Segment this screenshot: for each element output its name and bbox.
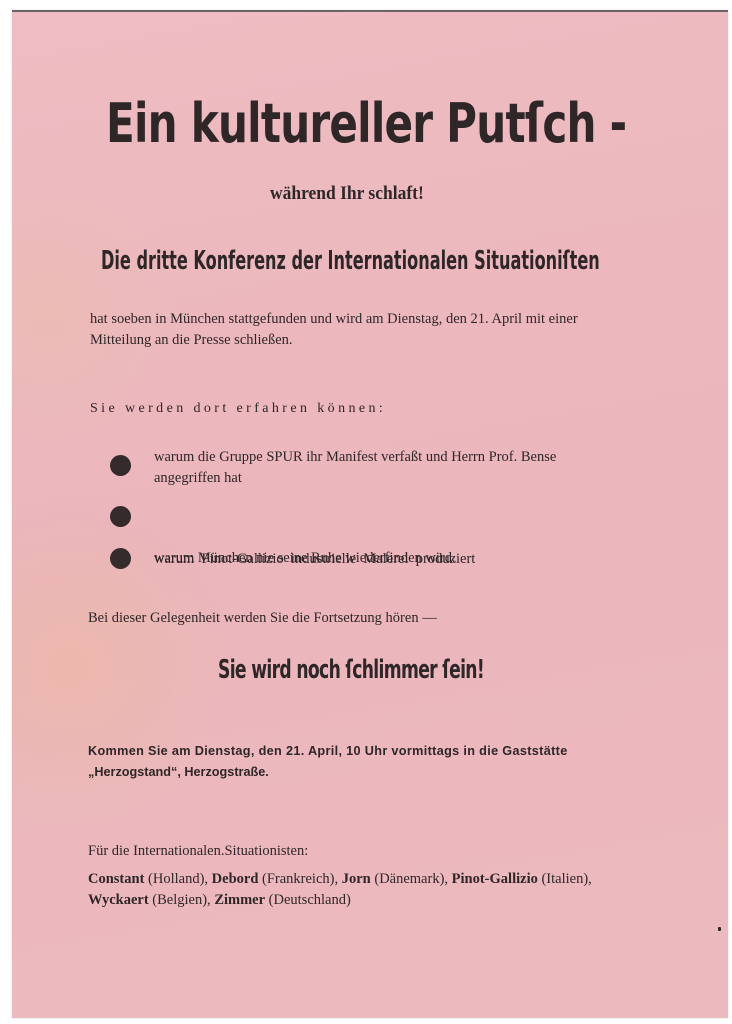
list-item: warum die Gruppe SPUR ihr Manifest verfa… [154,447,556,489]
signatories-line-2: Wyckaert (Belgien), Zimmer (Deutschland) [88,890,592,911]
bullet-icon [110,506,131,527]
warning-heading: Sie wird noch ſchlimmer ſein! [218,655,484,685]
list-item-line-2: angegriffen hat [154,468,556,489]
signatory-country: (Deutschland) [269,892,351,908]
signatory-country: (Belgien), [152,892,210,908]
list-item: warum München nie seine Ruhe wiederfinde… [154,548,456,569]
signatory-name: Pinot-Gallizio [452,871,538,887]
signatory-name: Wyckaert [88,892,149,908]
signatory-country: (Italien), [541,871,591,887]
signatory-name: Zimmer [214,892,265,908]
invitation-line-2: „Herzogstand“, Herzogstraße. [88,761,568,782]
intro-line-1: hat soeben in München stattgefunden und … [90,309,578,330]
signatory-name: Debord [212,871,259,887]
signatory-name: Jorn [342,871,371,887]
list-item-line-1: warum München nie seine Ruhe wiederfinde… [154,548,456,569]
flyer-subtitle: während Ihr schlaft! [270,183,424,205]
signature-label: Für die Internationalen.Situationisten: [88,841,308,862]
conference-heading: Die dritte Konferenz der Internationalen… [101,246,600,276]
invitation-line-1: Kommen Sie am Dienstag, den 21. April, 1… [88,740,568,761]
signatory-name: Constant [88,871,144,887]
flyer-title: Ein kultureller Putſch - [106,92,626,155]
ink-speck [718,927,721,931]
signatories: Constant (Holland), Debord (Frankreich),… [88,869,592,911]
continuation-text: Bei dieser Gelegenheit werden Sie die Fo… [88,608,437,629]
signatories-line-1: Constant (Holland), Debord (Frankreich),… [88,869,592,890]
signatory-country: (Holland), [148,871,208,887]
intro-line-2: Mitteilung an die Presse schließen. [90,330,578,351]
intro-paragraph: hat soeben in München stattgefunden und … [90,309,578,351]
invitation-paragraph: Kommen Sie am Dienstag, den 21. April, 1… [88,740,568,782]
list-intro: Sie werden dort erfahren können: [90,398,386,419]
list-item-line-1: warum die Gruppe SPUR ihr Manifest verfa… [154,447,556,468]
bullet-icon [110,455,131,476]
signatory-country: (Dänemark), [374,871,448,887]
bullet-icon [110,548,131,569]
signatory-country: (Frankreich), [262,871,338,887]
